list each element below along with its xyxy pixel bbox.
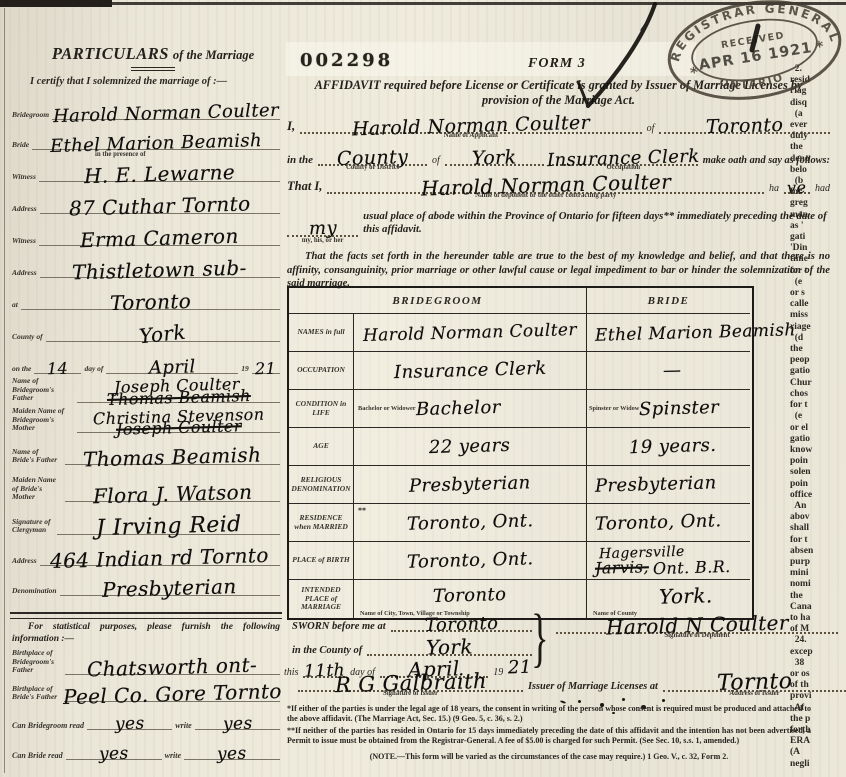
field-marriage-date: on the 14 day of April 19 21 xyxy=(12,348,280,374)
cutoff-text-line: peop xyxy=(790,355,846,366)
cutoff-text-line: miss xyxy=(790,310,846,321)
field-label: Witness xyxy=(12,237,36,246)
field-bride-literacy: Can Bride read yes write yes xyxy=(12,734,280,760)
cutoff-text-line: excep xyxy=(790,647,846,658)
cutoff-text-line: for xyxy=(790,187,846,198)
field-denomination: Denomination Presbyterian xyxy=(12,570,280,596)
religion-bride-handwritten: Presbyterian xyxy=(595,472,717,496)
cutoff-text-line: duly xyxy=(790,131,846,142)
field-witness-2: Witness Erma Cameron xyxy=(12,220,280,246)
statistical-heading: For statistical purposes, please furnish… xyxy=(12,622,280,646)
cutoff-text-line: or s xyxy=(790,288,846,299)
cutoff-text-line: 'Din xyxy=(790,243,846,254)
cutoff-text-line: the xyxy=(790,591,846,602)
cutoff-text-line: for t xyxy=(790,266,846,277)
cutoff-text-line: calle xyxy=(790,299,846,310)
particulars-title: PARTICULARS of the Marriage xyxy=(28,44,278,71)
field-clergyman-signature: Signature of Clergyman J Irving Reid xyxy=(12,509,280,535)
bridegroom-bride-table: BRIDEGROOM BRIDE NAMES in full Harold No… xyxy=(287,286,754,620)
witness1-handwritten: H. E. Lewarne xyxy=(84,160,236,188)
county-of-word: of xyxy=(432,155,440,166)
handwritten-checkmark xyxy=(540,0,846,130)
cutoff-text-line: purp xyxy=(790,557,846,568)
cutoff-text-line: 24. xyxy=(790,635,846,646)
issuer-pre: Issuer of Marriage Licenses at xyxy=(528,681,658,692)
certify-line: I certify that I solemnized the marriage… xyxy=(30,76,227,87)
field-label: 19 xyxy=(241,365,249,374)
row-label-age: AGE xyxy=(289,428,354,466)
intended-bride-handwritten: York. xyxy=(659,583,713,608)
field-label: Bride xyxy=(12,141,29,150)
cutoff-text-line: (e xyxy=(790,411,846,422)
serial-number: 002298 xyxy=(300,50,393,71)
cutoff-text-line: forth xyxy=(790,725,846,736)
field-bridegroom: Bridegroom Harold Norman Coulter xyxy=(12,94,280,120)
cutoff-text-line: poin xyxy=(790,456,846,467)
field-label: Can Bride read xyxy=(12,751,63,760)
double-rule xyxy=(10,612,282,619)
field-label: Address xyxy=(12,269,37,278)
abode-line: my my, his, or her usual place of abode … xyxy=(287,212,830,244)
applicant-sublabel: Name of Applicant xyxy=(300,133,641,140)
cutoff-text-line: as ' xyxy=(790,221,846,232)
residence-bridegroom-handwritten: Toronto, Ont. xyxy=(406,510,533,535)
names-bridegroom-handwritten: Harold Norman Coulter xyxy=(363,320,577,346)
table-header-bridegroom: BRIDEGROOM xyxy=(289,288,587,314)
applicant-pre: I, xyxy=(287,118,295,134)
cutoff-text-line: or os xyxy=(790,669,846,680)
footnote-2: **If neither of the parties has resided … xyxy=(287,726,811,746)
cutoff-text-line: ERA xyxy=(790,736,846,747)
title-underline xyxy=(131,67,175,71)
cutoff-text-line: office xyxy=(790,490,846,501)
cutoff-text-line: Af xyxy=(790,703,846,714)
footnote-note: (NOTE.—This form will be varied as the c… xyxy=(287,752,811,762)
bridegroom-read-handwritten: yes xyxy=(115,714,145,735)
sworn-line: SWORN before me at Toronto xyxy=(292,606,532,632)
condition-bridegroom-handwritten: Bachelor xyxy=(415,397,500,420)
my-his-her-stack: my my, his, or her xyxy=(287,218,358,244)
cutoff-text-line: Chur xyxy=(790,378,846,389)
field-label: Signature of Clergyman xyxy=(12,518,54,535)
footnote-1: *If either of the parties is under the l… xyxy=(287,704,811,724)
this-word: this xyxy=(284,667,298,678)
field-label: Birthplace of Bride's Father xyxy=(12,685,61,702)
occupation-bridegroom-handwritten: Insurance Clerk xyxy=(393,358,546,383)
ink-spatter-dot xyxy=(662,699,665,702)
occupation-bride-handwritten: — xyxy=(663,360,682,382)
condition-bride-options: Spinster or Widow xyxy=(589,405,639,412)
field-brides-father: Name of Bride's Father Thomas Beamish xyxy=(12,439,280,465)
abode-text: usual place of abode within the Province… xyxy=(363,210,830,244)
field-bridegrooms-father: Name of Bridegroom's Father Joseph Coult… xyxy=(12,377,280,403)
cutoff-text-line: nomi xyxy=(790,579,846,590)
ink-spatter-dot xyxy=(622,698,625,701)
cutoff-text-line: gatio xyxy=(790,434,846,445)
row-label-condition: CONDITION in LIFE xyxy=(289,390,354,428)
field-label: Name of Bridegroom's Father xyxy=(12,377,74,403)
intended-bridegroom-handwritten: Toronto xyxy=(433,583,507,606)
field-county-of: County of York xyxy=(12,316,280,342)
row-label-religion: RELIGIOUS DENOMINATION xyxy=(289,466,354,504)
cutoff-text-line: belo xyxy=(790,165,846,176)
row-label-occupation: OCCUPATION xyxy=(289,352,354,390)
scanned-marriage-affidavit-page: PARTICULARS of the Marriage I certify th… xyxy=(0,0,846,777)
field-birthplace-bridegrooms-father: Birthplace of Bridegroom's Father Chatsw… xyxy=(12,649,280,675)
residence-bride-handwritten: Toronto, Ont. xyxy=(595,510,722,535)
cutoff-text-line: gati xyxy=(790,232,846,243)
bride-read-handwritten: yes xyxy=(99,744,129,765)
age-bride-handwritten: 19 years. xyxy=(629,435,717,458)
birthplace-bride-struck-handwritten: Jarvis, xyxy=(595,557,649,577)
field-label: Address xyxy=(12,557,37,566)
cutoff-text-line: negli xyxy=(790,759,846,770)
cutoff-text-line: 38 xyxy=(790,658,846,669)
clergyman-signature-handwritten: J Irving Reid xyxy=(95,512,241,541)
cutoff-text-line: to ha xyxy=(790,613,846,624)
cutoff-text-line: the xyxy=(790,344,846,355)
condition-bridegroom-options: Bachelor or Widower xyxy=(358,405,416,412)
cutoff-text-line: gatio xyxy=(790,366,846,377)
cutoff-text-line: abov xyxy=(790,512,846,523)
cutoff-text-line: deno xyxy=(790,154,846,165)
row-label-names: NAMES in full xyxy=(289,314,354,352)
cutoff-text-line: poin xyxy=(790,479,846,490)
age-bridegroom-handwritten: 22 years xyxy=(429,435,511,458)
field-label: at xyxy=(12,301,18,310)
field-birthplace-brides-father: Birthplace of Bride's Father Peel Co. Go… xyxy=(12,676,280,702)
denomination-handwritten: Presbyterian xyxy=(102,574,237,602)
county-occupation-line: in the County County or District of York… xyxy=(287,140,830,166)
field-clergyman-address: Address 464 Indian rd Tornto xyxy=(12,540,280,566)
field-label: Birthplace of Bridegroom's Father xyxy=(12,649,62,675)
condition-bride-handwritten: Spinster xyxy=(639,397,720,420)
cutoff-text-line: (b xyxy=(790,176,846,187)
cutoff-text-line: chos xyxy=(790,389,846,400)
day-handwritten: 14 xyxy=(47,359,69,379)
particulars-title-rest: of the Marriage xyxy=(173,48,254,62)
issuer-signature-sublabel: Signature of Issuer xyxy=(298,691,523,698)
religion-bridegroom-handwritten: Presbyterian xyxy=(409,472,531,496)
field-address-1: Address 87 Cuthar Tornto xyxy=(12,188,280,214)
county-handwritten: York xyxy=(138,320,187,349)
county-pre: in the xyxy=(287,154,313,166)
field-brides-mother: Maiden Name of Bride's Mother Flora J. W… xyxy=(12,476,280,502)
cutoff-text-line: (A xyxy=(790,747,846,758)
field-label: on the xyxy=(12,365,31,374)
field-label: Maiden Name of Bridegroom's Mother xyxy=(12,407,74,433)
page-left-edge xyxy=(4,8,5,773)
field-label: Maiden Name of Bride's Mother xyxy=(12,476,62,502)
cutoff-text-line: of th xyxy=(790,680,846,691)
cutoff-text-line: mon xyxy=(790,210,846,221)
cutoff-text-line: the xyxy=(790,142,846,153)
field-label: Witness xyxy=(12,173,36,182)
deponent-sublabel: Name of deponent or the other contractin… xyxy=(327,193,764,200)
row-label-residence: RESIDENCE when MARRIED xyxy=(289,504,354,542)
cutoff-text-line: provi xyxy=(790,691,846,702)
birthplace-bride-handwritten: Ont. B.R. xyxy=(653,556,731,577)
cutoff-text-line: solen xyxy=(790,467,846,478)
ha-word: ha xyxy=(769,183,779,194)
field-label: County of xyxy=(12,333,43,342)
bridegroom-write-handwritten: yes xyxy=(222,714,252,735)
brides-mother-handwritten: Flora J. Watson xyxy=(93,480,253,508)
adjacent-column-cutoff-text: 2.residriagdisq (aeverdulythedenobelo (b… xyxy=(790,64,846,776)
at-place-handwritten: Toronto xyxy=(109,289,191,315)
field-address-2: Address Thistletown sub- xyxy=(12,252,280,278)
row-label-birthplace: PLACE of BIRTH xyxy=(289,542,354,580)
field-label: Bridegroom xyxy=(12,111,49,120)
cutoff-text-line: for t xyxy=(790,535,846,546)
cutoff-text-line: for t xyxy=(790,400,846,411)
field-bridegrooms-mother: Maiden Name of Bridegroom's Mother Chris… xyxy=(12,407,280,433)
cutoff-text-line: time xyxy=(790,254,846,265)
address1-handwritten: 87 Cuthar Tornto xyxy=(69,191,251,220)
bride-name-handwritten: Ethel Marion Beamish xyxy=(50,130,263,157)
cutoff-text-line: (e xyxy=(790,277,846,288)
page-top-rule-thick xyxy=(0,0,112,7)
year-handwritten: 21 xyxy=(255,359,277,379)
cutoff-text-line: absen xyxy=(790,546,846,557)
cutoff-text-line: riage xyxy=(790,322,846,333)
ink-spatter-dot xyxy=(578,700,581,703)
cutoff-text-line: (d xyxy=(790,333,846,344)
cutoff-text-line: of M xyxy=(790,624,846,635)
issuer-row: R G Galbraith Signature of Issuer Issuer… xyxy=(298,662,846,692)
names-bride-handwritten: Ethel Marion Beamish xyxy=(595,320,796,346)
brides-father-handwritten: Thomas Beamish xyxy=(83,443,262,472)
cutoff-text-line: shall xyxy=(790,523,846,534)
field-label: Name of Bride's Father xyxy=(12,448,62,465)
that-i-pre: That I, xyxy=(287,179,322,194)
field-label: write xyxy=(175,721,191,730)
field-label: Can Bridegroom read xyxy=(12,721,84,730)
struck-mother-handwritten: Joseph Coulter xyxy=(115,416,241,439)
field-witness-1: Witness H. E. Lewarne xyxy=(12,156,280,182)
cutoff-text-line: the p xyxy=(790,714,846,725)
field-bride: Bride Ethel Marion Beamish xyxy=(12,124,280,150)
facts-paragraph: That the facts set forth in the hereunde… xyxy=(287,250,830,291)
clergyman-address-handwritten: 464 Indian rd Tornto xyxy=(50,543,269,573)
cutoff-text-line: know xyxy=(790,445,846,456)
cutoff-text-line: An xyxy=(790,501,846,512)
address2-handwritten: Thistletown sub- xyxy=(72,256,247,285)
particulars-title-main: PARTICULARS xyxy=(52,44,169,63)
field-label: Denomination xyxy=(12,587,57,596)
field-label: write xyxy=(165,751,181,760)
birthplace-bridegroom-handwritten: Toronto, Ont. xyxy=(406,548,533,573)
bride-write-handwritten: yes xyxy=(217,744,247,765)
table-header-bride: BRIDE xyxy=(587,288,750,314)
field-label: day of xyxy=(84,365,103,374)
deponent-line: That I, Harold Norman Coulter Name of de… xyxy=(287,166,830,194)
witness2-handwritten: Erma Cameron xyxy=(80,224,239,252)
cutoff-text-line: greg xyxy=(790,198,846,209)
cutoff-text-line: mini xyxy=(790,568,846,579)
field-label: Address xyxy=(12,205,37,214)
my-handwritten: my xyxy=(308,218,337,240)
cutoff-text-line: Cana xyxy=(790,602,846,613)
field-bridegroom-literacy: Can Bridegroom read yes write yes xyxy=(12,704,280,730)
cutoff-text-line: or el xyxy=(790,423,846,434)
residence-footnote-mark: ** xyxy=(358,506,366,515)
field-at: at Toronto xyxy=(12,284,280,310)
